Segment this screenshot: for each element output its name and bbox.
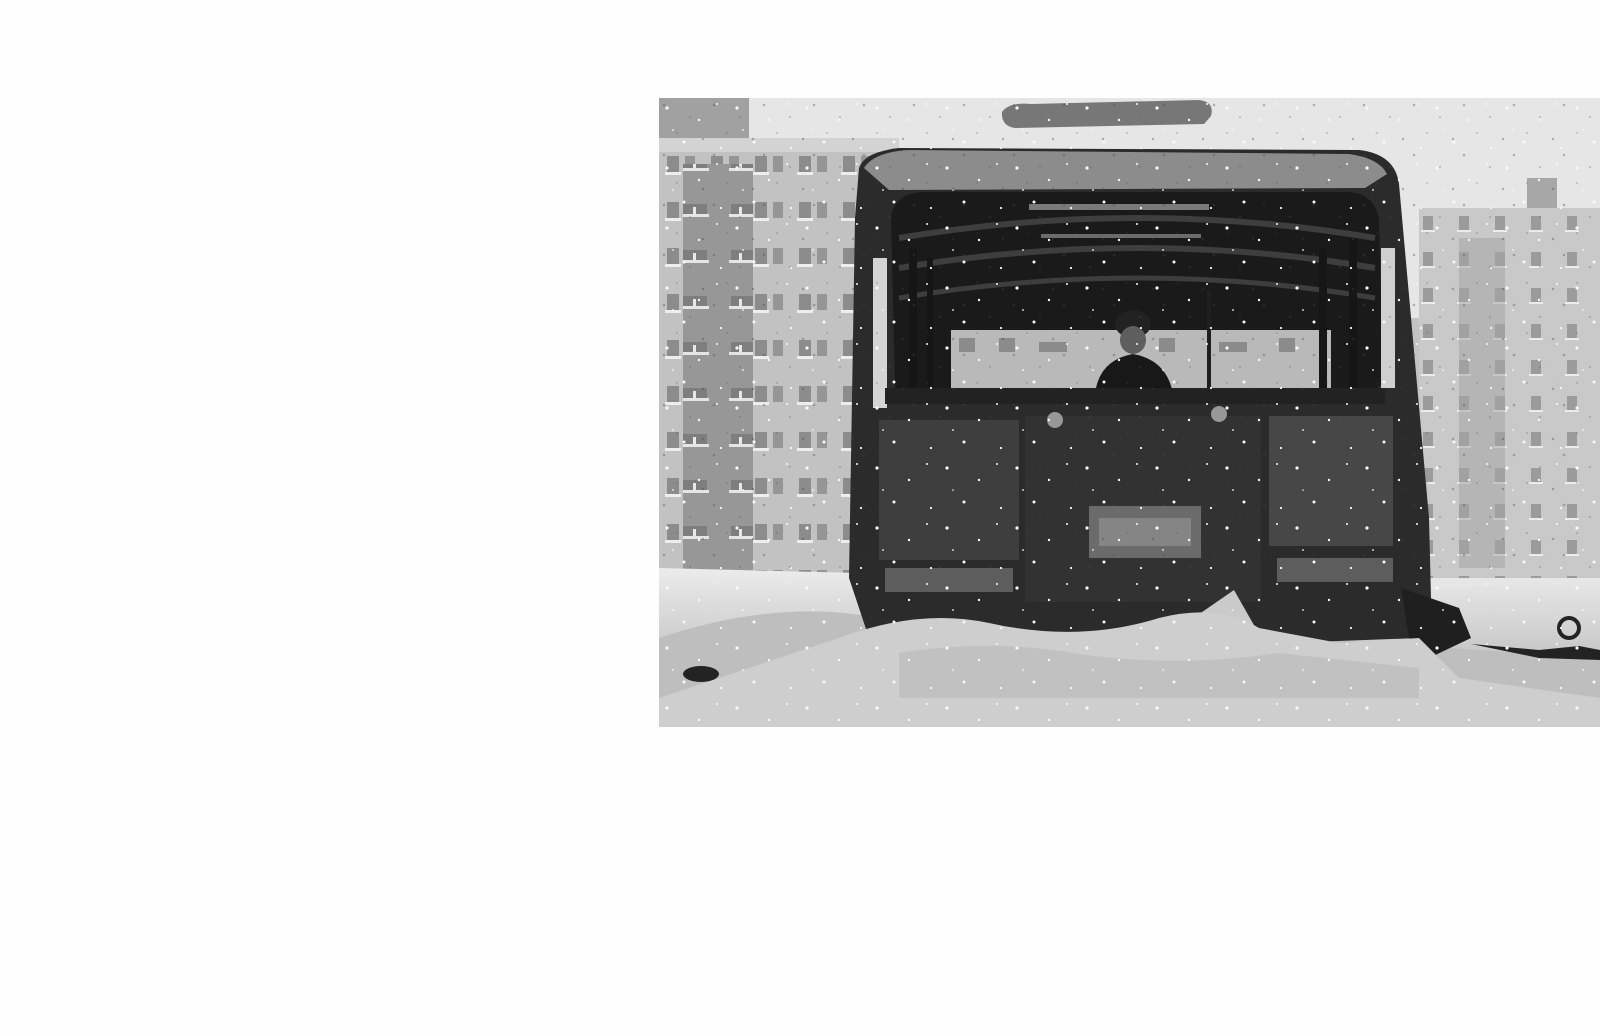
bus-in-snow-photo	[659, 98, 1600, 727]
page-background	[0, 0, 1600, 1035]
